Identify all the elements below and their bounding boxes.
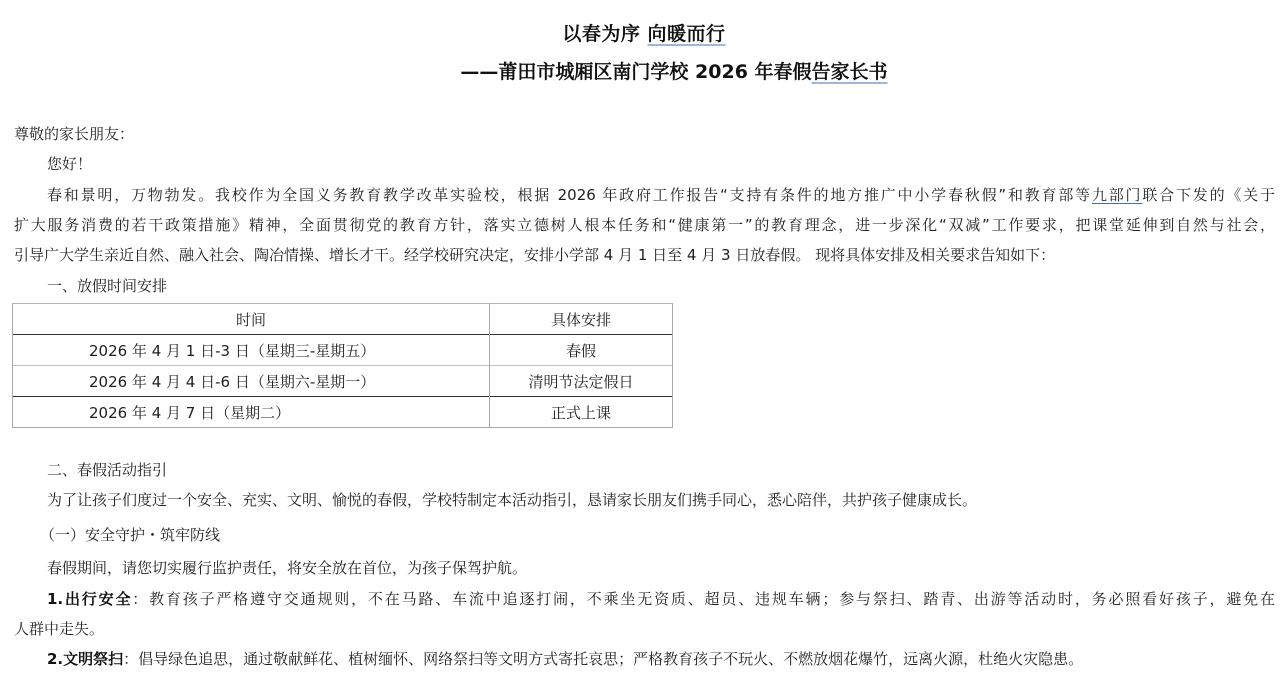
table-row: 2026 年 4 月 7 日（星期二） 正式上课 [13,397,673,428]
title-part-2: 向暖而行 [648,23,726,45]
table-row: 2026 年 4 月 1 日-3 日（星期三-星期五） 春假 [13,335,673,366]
header-time: 时间 [13,304,490,335]
section2-heading: 二、春假活动指引 [47,460,167,480]
cell-arrangement: 正式上课 [490,397,673,428]
header-arrangement: 具体安排 [490,304,673,335]
sub1-heading: （一）安全守护・筑牢防线 [40,525,220,545]
section1-heading: 一、放假时间安排 [47,276,167,296]
sub1-intro: 春假期间，请您切实履行监护责任，将安全放在首位，为孩子保驾护航。 [47,558,527,578]
hello: 您好！ [47,154,92,174]
intro-text-cont: 联合下发的《关于 [1142,186,1275,204]
intro-line-2: 扩大服务消费的若干政策措施》精神，全面贯彻党的教育方针，落实立德树人根本任务和“… [14,215,1275,235]
item-label: 2.文明祭扫 [47,650,123,668]
schedule-table: 时间 具体安排 2026 年 4 月 1 日-3 日（星期三-星期五） 春假 2… [12,303,673,428]
cell-arrangement: 春假 [490,335,673,366]
subtitle-part-1: ——莆田市城厢区南门学校 2026 年春假 [460,61,811,83]
item-label: 1.出行安全 [47,590,132,608]
greeting: 尊敬的家长朋友： [14,124,134,144]
table-header-row: 时间 具体安排 [13,304,673,335]
cell-arrangement: 清明节法定假日 [490,366,673,397]
item-text: ：倡导绿色追思，通过敬献鲜花、植树缅怀、网络祭扫等文明方式寄托哀思；严格教育孩子… [123,650,1083,668]
item-text: ：教育孩子严格遵守交通规则，不在马路、车流中追逐打闹，不乘坐无资质、超员、违规车… [132,590,1275,608]
section2-intro: 为了让孩子们度过一个安全、充实、文明、愉悦的春假，学校特制定本活动指引，恳请家长… [47,490,977,510]
intro-line-3: 引导广大学生亲近自然、融入社会、陶冶情操、增长才干。经学校研究决定，安排小学部 … [14,245,1055,265]
cell-time: 2026 年 4 月 4 日-6 日（星期六-星期一） [13,366,490,397]
document-subtitle: ——莆田市城厢区南门学校 2026 年春假告家长书 [0,57,1280,84]
intro-line-1: 春和景明，万物勃发。我校作为全国义务教育教学改革实验校，根据 2026 年政府工… [47,185,1275,205]
intro-text: 春和景明，万物勃发。我校作为全国义务教育教学改革实验校，根据 2026 年政府工… [47,186,1092,204]
table-row: 2026 年 4 月 4 日-6 日（星期六-星期一） 清明节法定假日 [13,366,673,397]
subtitle-part-2: 告家长书 [812,61,888,83]
item-civilized-memorial: 2.文明祭扫：倡导绿色追思，通过敬献鲜花、植树缅怀、网络祭扫等文明方式寄托哀思；… [47,649,1083,669]
title-part-1: 以春为序 [562,23,647,45]
nine-departments-link[interactable]: 九部门 [1092,186,1142,204]
cell-time: 2026 年 4 月 1 日-3 日（星期三-星期五） [13,335,490,366]
document-title: 以春为序 向暖而行 [0,19,1280,46]
item-travel-safety: 1.出行安全：教育孩子严格遵守交通规则，不在马路、车流中追逐打闹，不乘坐无资质、… [47,589,1275,609]
item-travel-safety-cont: 人群中走失。 [14,619,104,639]
cell-time: 2026 年 4 月 7 日（星期二） [13,397,490,428]
